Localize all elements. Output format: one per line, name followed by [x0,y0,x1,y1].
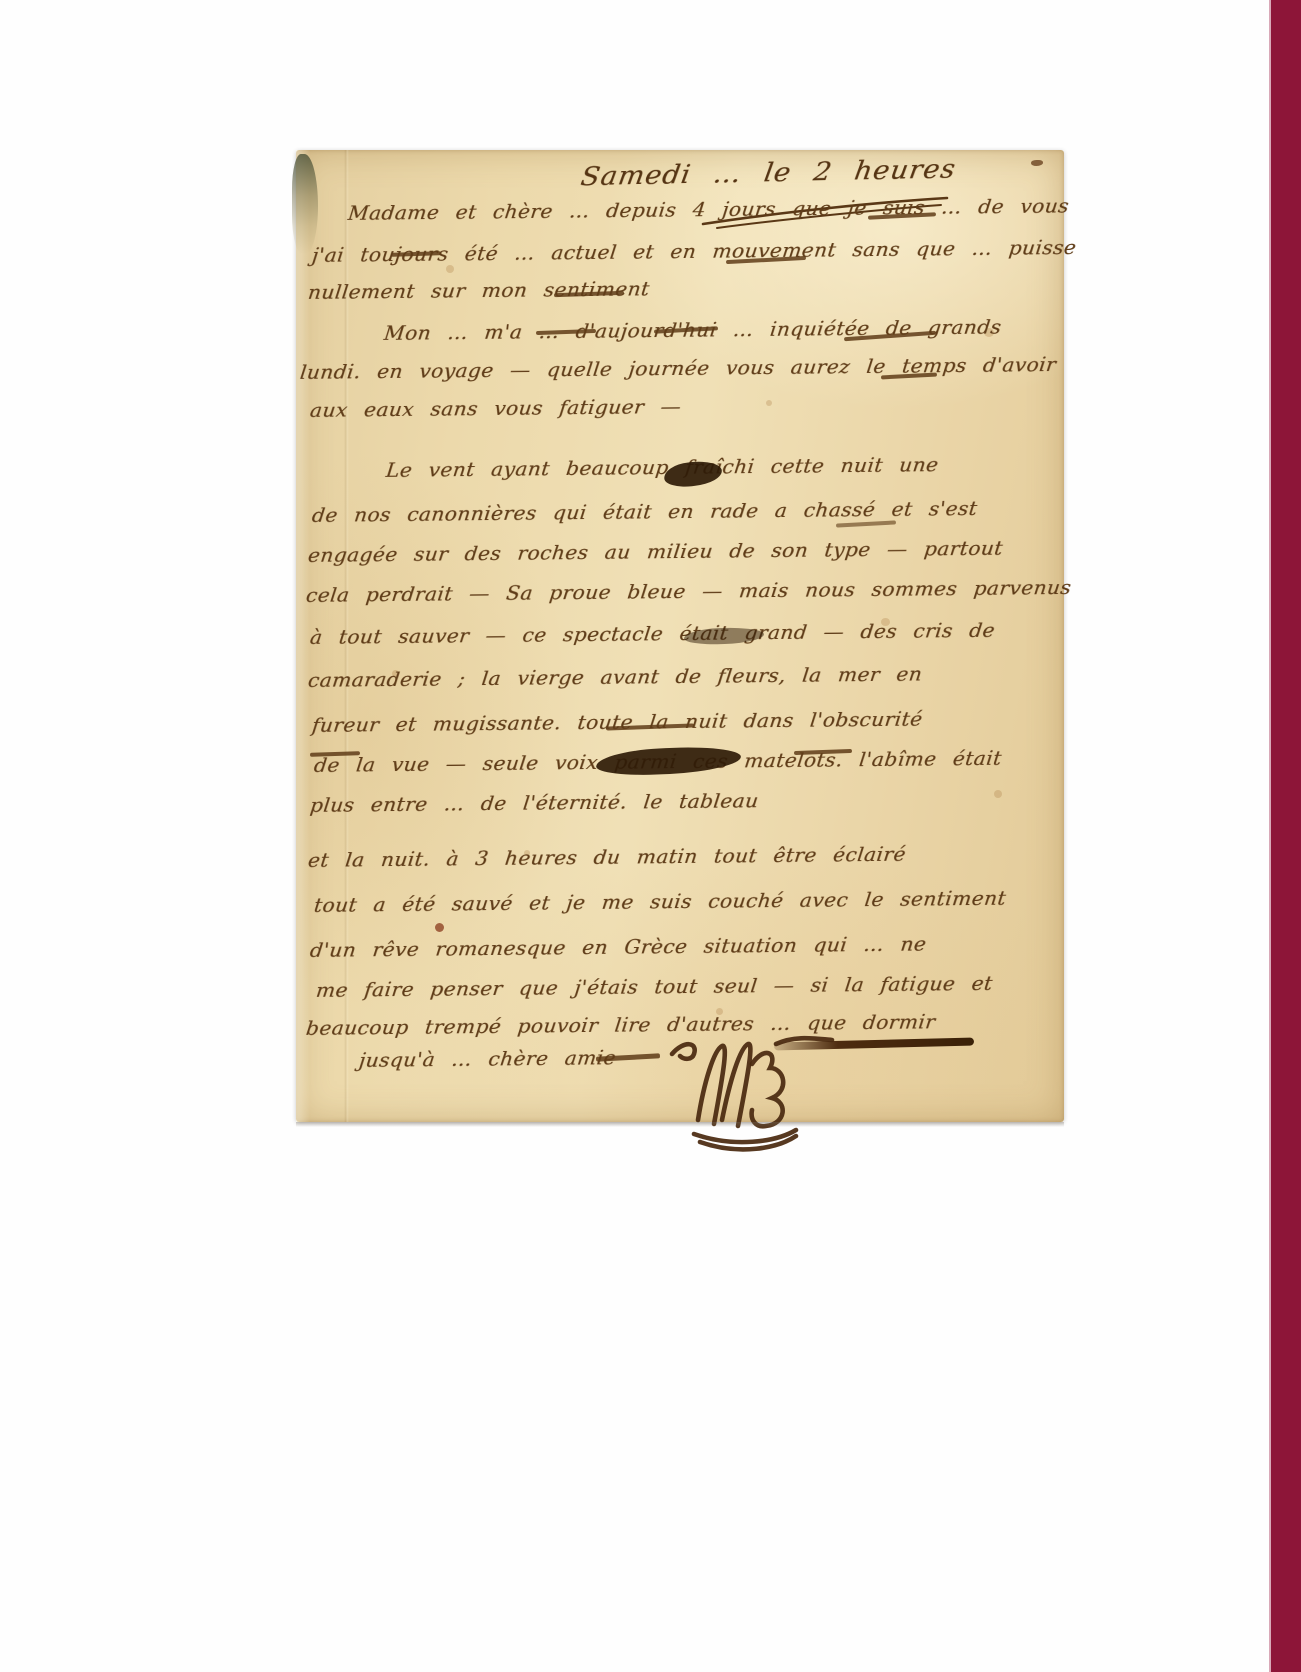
manuscript-letter: Samedi … le 2 heures Madame et chère … d… [296,150,1064,1122]
signature-initials: N. B. [696,1060,771,1095]
foxing-spot [446,265,454,273]
page-background: Samedi … le 2 heures Madame et chère … d… [0,0,1301,1672]
foxing-spot [766,400,772,406]
handwritten-line: Madame et chère … depuis 4 jours que je … [347,195,1070,225]
handwritten-line: jusqu'à … chère amie [358,1047,617,1072]
handwritten-line: et la nuit. à 3 heures du matin tout êtr… [307,844,907,872]
foxing-spot [994,790,1002,798]
handwritten-line: aux eaux sans vous fatiguer — [309,396,683,422]
handwritten-line: cela perdrait — Sa proue bleue — mais no… [305,577,1073,607]
handwritten-line: plus entre … de l'éternité. le tableau [309,790,760,817]
handwritten-line: Le vent ayant beaucoup fraîchi cette nui… [385,454,940,482]
ink-speck [1031,160,1043,166]
handwritten-line: tout a été sauvé et je me suis couché av… [313,888,1007,917]
handwritten-line: d'un rêve romanesque en Grèce situation … [309,934,928,962]
handwritten-line: lundi. en voyage — quelle journée vous a… [299,354,1058,384]
right-accent-bar [1269,0,1301,1672]
handwritten-line: à tout sauver — ce spectacle était grand… [309,620,996,649]
ink-strikethrough [836,520,896,527]
handwritten-line: me faire penser que j'étais tout seul — … [315,973,994,1002]
handwritten-line: engagée sur des roches au milieu de son … [307,538,1004,567]
paper-shadow [296,1122,1064,1127]
letter-dateline: Samedi … le 2 heures [579,154,958,192]
paper-stain [292,154,318,254]
handwritten-line: fureur et mugissante. toute la nuit dans… [311,709,924,737]
handwritten-line: camaraderie ; la vierge avant de fleurs,… [307,664,924,692]
wax-spot [435,923,444,932]
